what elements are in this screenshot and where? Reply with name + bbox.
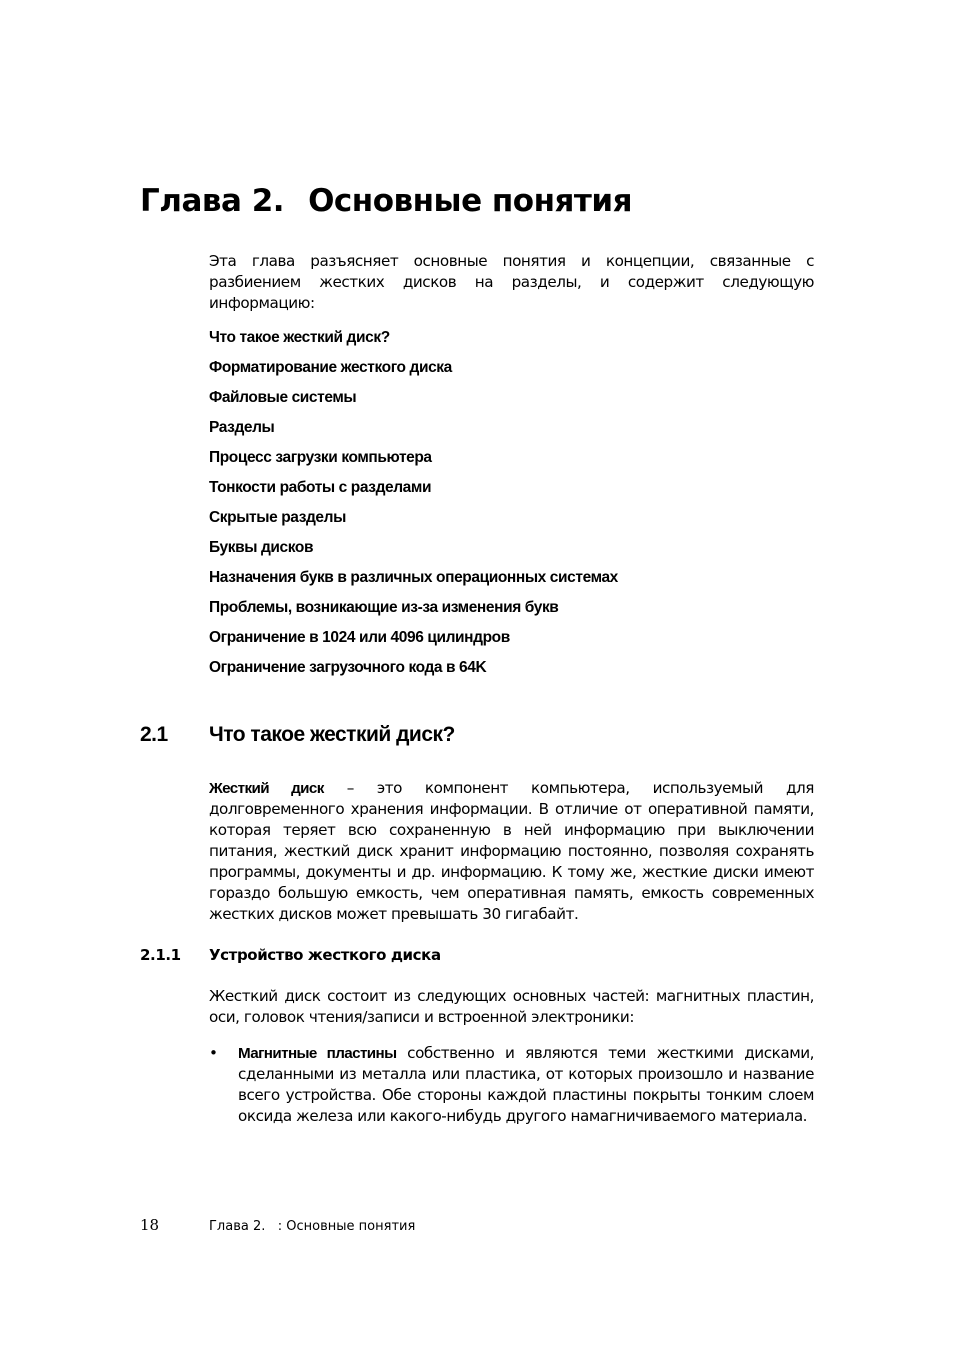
subsection-title: Устройство жесткого диска [209, 946, 441, 964]
chapter-title: Глава 2.Основные понятия [140, 183, 632, 219]
section-paragraph: Жесткий диск – это компонент компьютера,… [209, 778, 814, 925]
subsection-heading: 2.1.1Устройство жесткого диска [140, 946, 441, 964]
subsection-paragraph: Жесткий диск состоит из следующих основн… [209, 986, 814, 1028]
contents-item[interactable]: Ограничение загрузочного кода в 64K [209, 658, 629, 678]
paragraph-text: – это компонент компьютера, используемый… [209, 779, 814, 923]
bullet-icon: • [209, 1043, 218, 1064]
chapter-number: Глава 2. [140, 183, 284, 219]
contents-item[interactable]: Форматирование жесткого диска [209, 358, 629, 378]
contents-item[interactable]: Проблемы, возникающие из-за изменения бу… [209, 598, 629, 618]
page-footer: 18Глава 2. : Основные понятия [140, 1216, 415, 1234]
document-page: Глава 2.Основные понятия Эта глава разъя… [0, 0, 954, 1351]
contents-item[interactable]: Назначения букв в различных операционных… [209, 568, 629, 588]
defined-term: Жесткий диск [209, 780, 324, 797]
contents-item[interactable]: Буквы дисков [209, 538, 629, 558]
intro-paragraph: Эта глава разъясняет основные понятия и … [209, 251, 814, 314]
running-title: Глава 2. : Основные понятия [209, 1219, 415, 1234]
chapter-name: Основные понятия [308, 183, 632, 219]
contents-item[interactable]: Ограничение в 1024 или 4096 цилиндров [209, 628, 629, 648]
chapter-contents-list: Что такое жесткий диск? Форматирование ж… [209, 328, 629, 688]
contents-item[interactable]: Разделы [209, 418, 629, 438]
section-heading: 2.1Что такое жесткий диск? [140, 723, 455, 747]
contents-item[interactable]: Скрытые разделы [209, 508, 629, 528]
contents-item[interactable]: Файловые системы [209, 388, 629, 408]
subsection-number: 2.1.1 [140, 946, 209, 964]
section-number: 2.1 [140, 723, 209, 747]
contents-item[interactable]: Процесс загрузки компьютера [209, 448, 629, 468]
list-item: •Магнитные пластины собственно и являютс… [209, 1043, 814, 1127]
contents-item[interactable]: Тонкости работы с разделами [209, 478, 629, 498]
parts-list: •Магнитные пластины собственно и являютс… [209, 1043, 814, 1127]
list-item-term: Магнитные пластины [238, 1045, 397, 1062]
section-title: Что такое жесткий диск? [209, 723, 455, 746]
page-number: 18 [140, 1216, 209, 1234]
contents-item[interactable]: Что такое жесткий диск? [209, 328, 629, 348]
